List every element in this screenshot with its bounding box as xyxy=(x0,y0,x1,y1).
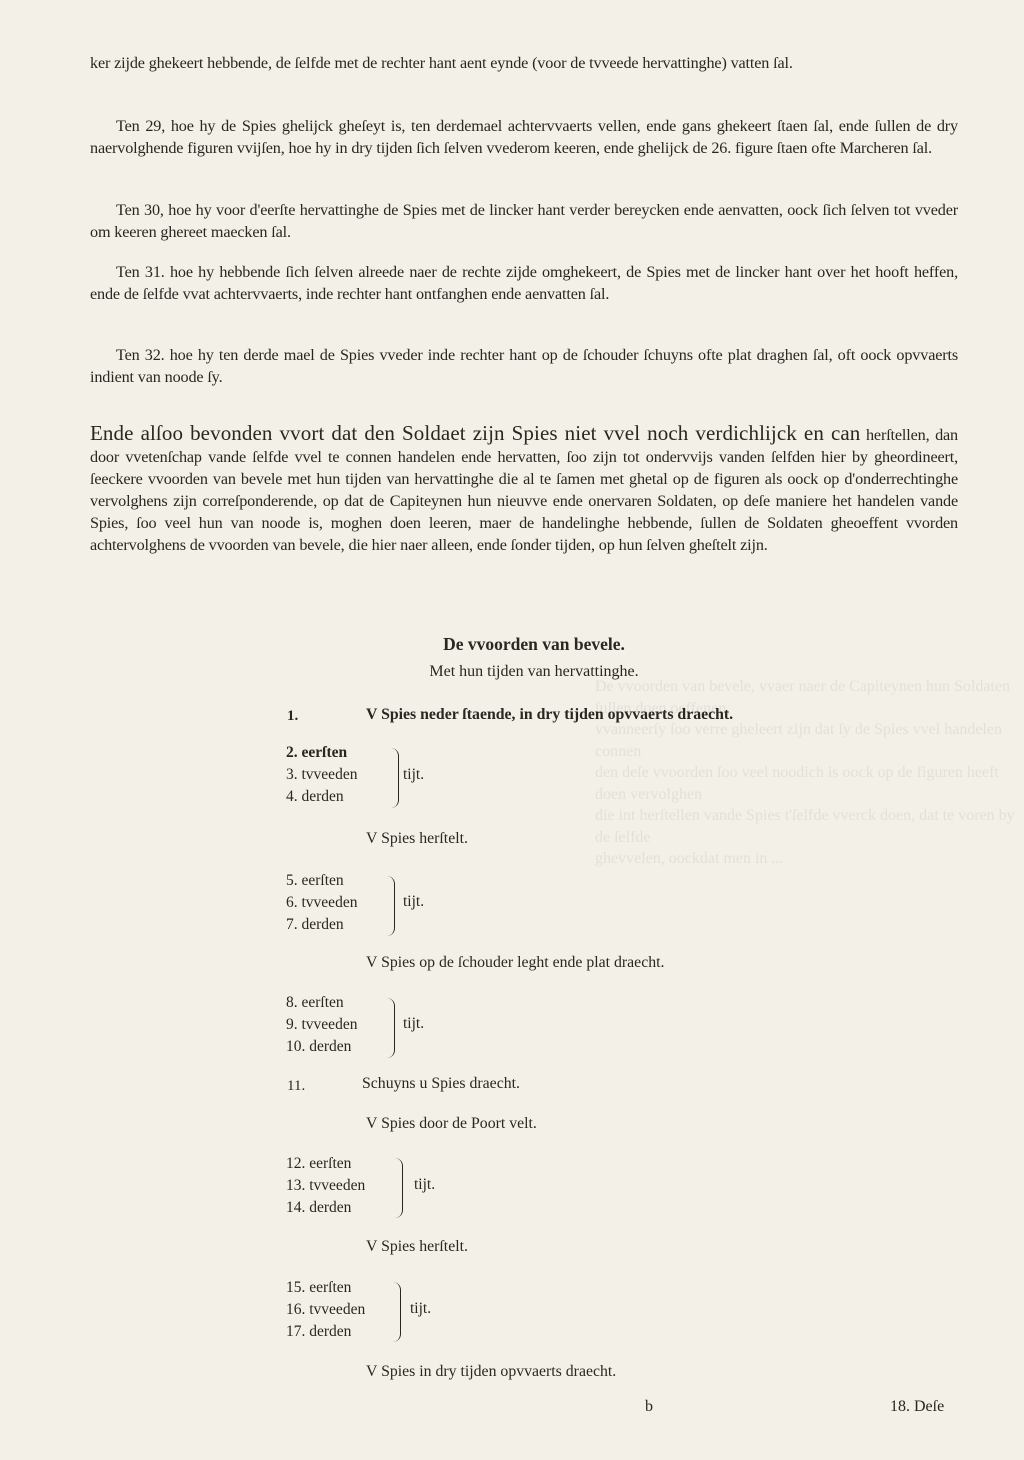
time-row: 10. derden xyxy=(286,1036,357,1058)
brace xyxy=(392,1282,401,1342)
intro-lead: Ende alſoo bevonden vvort dat den Soldae… xyxy=(90,421,860,445)
paragraph-32: Ten 32. hoe hy ten derde mael de Spies v… xyxy=(90,345,958,388)
time-label: tijt. xyxy=(403,1015,424,1033)
time-row: 14. derden xyxy=(286,1197,365,1219)
time-group-4: 12. eerſten 13. tvveeden 14. derden xyxy=(286,1153,365,1219)
time-label: tijt. xyxy=(403,893,424,911)
time-label: tijt. xyxy=(414,1176,435,1194)
paragraph-31-text: Ten 31. hoe hy hebbende ſich ſelven alre… xyxy=(90,263,958,303)
command-1: V Spies neder ſtaende, in dry tijden opv… xyxy=(366,706,733,724)
paragraph-30: Ten 30, hoe hy voor d'eerſte hervattingh… xyxy=(90,200,958,243)
command-number: 11. xyxy=(287,1078,305,1095)
paragraph-29: Ten 29, hoe hy de Spies ghelijck gheſeyt… xyxy=(90,116,958,159)
section-subtitle: Met hun tijden van hervattinghe. xyxy=(22,663,1024,681)
paragraph-30-text: Ten 30, hoe hy voor d'eerſte hervattingh… xyxy=(90,201,958,241)
brace xyxy=(386,998,395,1058)
time-row: 13. tvveeden xyxy=(286,1175,365,1197)
time-group-1: 2. eerſten 3. tvveeden 4. derden xyxy=(286,742,357,808)
document-page: De vvoorden van bevele, vvaer naer de Ca… xyxy=(0,0,1024,1460)
time-group-2: 5. eerſten 6. tvveeden 7. derden xyxy=(286,870,357,936)
paragraph-29-text: Ten 29, hoe hy de Spies ghelijck gheſeyt… xyxy=(90,117,958,157)
command-gate: V Spies door de Poort velt. xyxy=(366,1115,537,1133)
time-row: 15. eerſten xyxy=(286,1277,365,1299)
paragraph-31: Ten 31. hoe hy hebbende ſich ſelven alre… xyxy=(90,262,958,305)
time-row: 16. tvveeden xyxy=(286,1299,365,1321)
command-raise: V Spies in dry tijden opvvaerts draecht. xyxy=(366,1363,616,1381)
time-label: tijt. xyxy=(403,766,424,784)
catchword: 18. Deſe xyxy=(890,1398,944,1416)
time-row: 7. derden xyxy=(286,914,357,936)
time-row: 3. tvveeden xyxy=(286,764,357,786)
time-label: tijt. xyxy=(410,1300,431,1318)
brace xyxy=(394,1158,403,1218)
time-row: 9. tvveeden xyxy=(286,1014,357,1036)
time-group-5: 15. eerſten 16. tvveeden 17. derden xyxy=(286,1277,365,1343)
command-shoulder: V Spies op de ſchouder leght ende plat d… xyxy=(366,954,664,972)
command-number: 1. xyxy=(287,708,298,725)
time-row: 4. derden xyxy=(286,786,357,808)
intro-paragraph: Ende alſoo bevonden vvort dat den Soldae… xyxy=(90,422,958,556)
paragraph-continuation: ker zijde ghekeert hebbende, de ſelfde m… xyxy=(90,53,958,75)
intro-rest: herſtellen, dan door vvetenſchap vande ſ… xyxy=(90,426,958,554)
command-11: Schuyns u Spies draecht. xyxy=(362,1075,520,1093)
time-row: 8. eerſten xyxy=(286,992,357,1014)
time-row: 17. derden xyxy=(286,1321,365,1343)
time-row: 12. eerſten xyxy=(286,1153,365,1175)
brace xyxy=(386,876,395,936)
time-row: 2. eerſten xyxy=(286,742,357,764)
command-restore-2: V Spies herſtelt. xyxy=(366,1238,468,1256)
time-group-3: 8. eerſten 9. tvveeden 10. derden xyxy=(286,992,357,1058)
command-restore: V Spies herſtelt. xyxy=(366,830,468,848)
time-row: 6. tvveeden xyxy=(286,892,357,914)
section-title: De vvoorden van bevele. xyxy=(22,634,1024,655)
time-row: 5. eerſten xyxy=(286,870,357,892)
brace xyxy=(390,748,399,808)
paragraph-32-text: Ten 32. hoe hy ten derde mael de Spies v… xyxy=(90,346,958,386)
signature-mark: b xyxy=(645,1398,653,1416)
